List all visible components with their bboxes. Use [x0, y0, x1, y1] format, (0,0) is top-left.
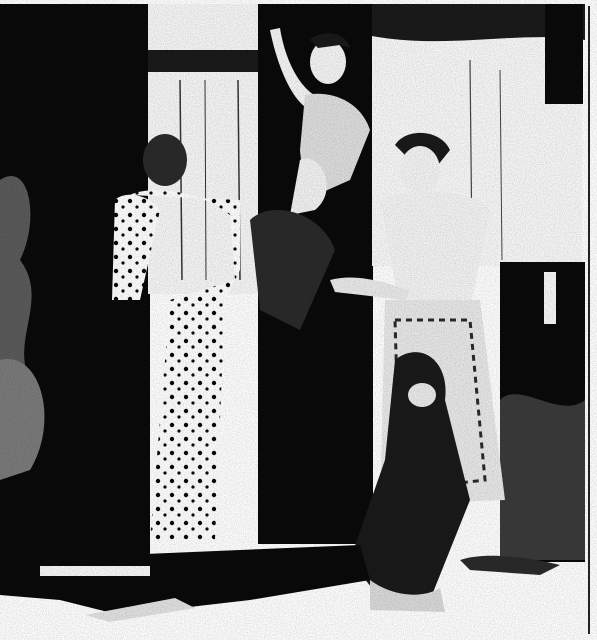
newspaper-photo: [0, 0, 597, 640]
column-rule: [588, 6, 590, 634]
halftone-grain: [0, 0, 597, 640]
